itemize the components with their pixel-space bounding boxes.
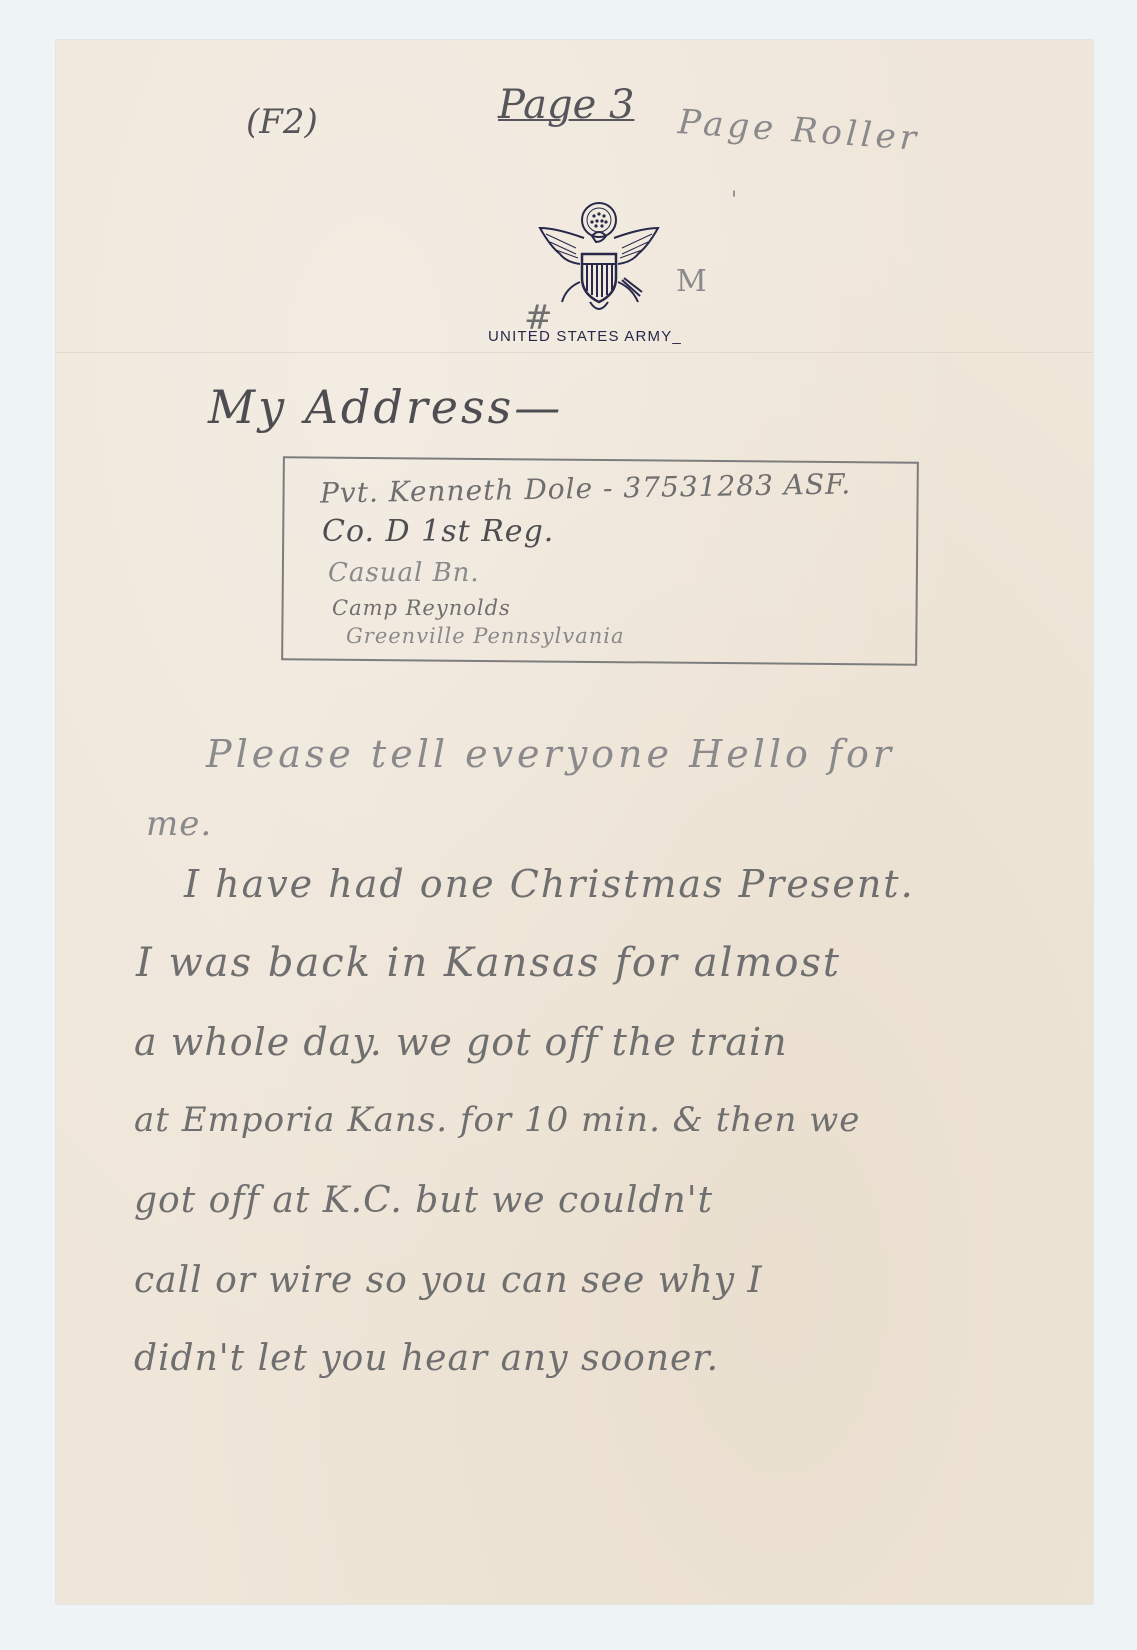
body-line: I have had one Christmas Present. [184, 862, 915, 906]
body-line: a whole day. we got off the train [134, 1020, 788, 1064]
body-line: Please tell everyone Hello for [206, 732, 895, 776]
tick-mark: ' [731, 188, 738, 213]
page-label: Page 3 [498, 82, 634, 128]
paper-fold-crease [56, 352, 1093, 354]
letterhead-text: UNITED STATES ARMY_ [488, 328, 682, 345]
address-line: Casual Bn. [328, 558, 480, 588]
body-line: call or wire so you can see why I [134, 1260, 763, 1301]
body-line: didn't let you hear any sooner. [134, 1338, 719, 1379]
body-line: at Emporia Kans. for 10 min. & then we [134, 1100, 860, 1140]
name-note: Page Roller [677, 102, 922, 159]
body-line: me. [146, 804, 212, 844]
archive-mark: (F2) [246, 102, 318, 142]
body-line: got off at K.C. but we couldn't [134, 1180, 713, 1221]
address-line: Greenville Pennsylvania [346, 624, 624, 648]
address-heading: My Address— [208, 380, 563, 434]
letterhead-title: UNITED STATES ARMY [488, 328, 672, 345]
letterhead-dash: _ [672, 328, 682, 345]
m-mark: M [676, 264, 708, 299]
letter-page: (F2) Page 3 Page Roller ' M # [56, 40, 1093, 1604]
address-line: Camp Reynolds [332, 596, 511, 620]
great-seal-eagle-icon [536, 198, 662, 318]
address-line: Co. D 1st Reg. [322, 514, 554, 549]
body-line: I was back in Kansas for almost [136, 940, 841, 986]
